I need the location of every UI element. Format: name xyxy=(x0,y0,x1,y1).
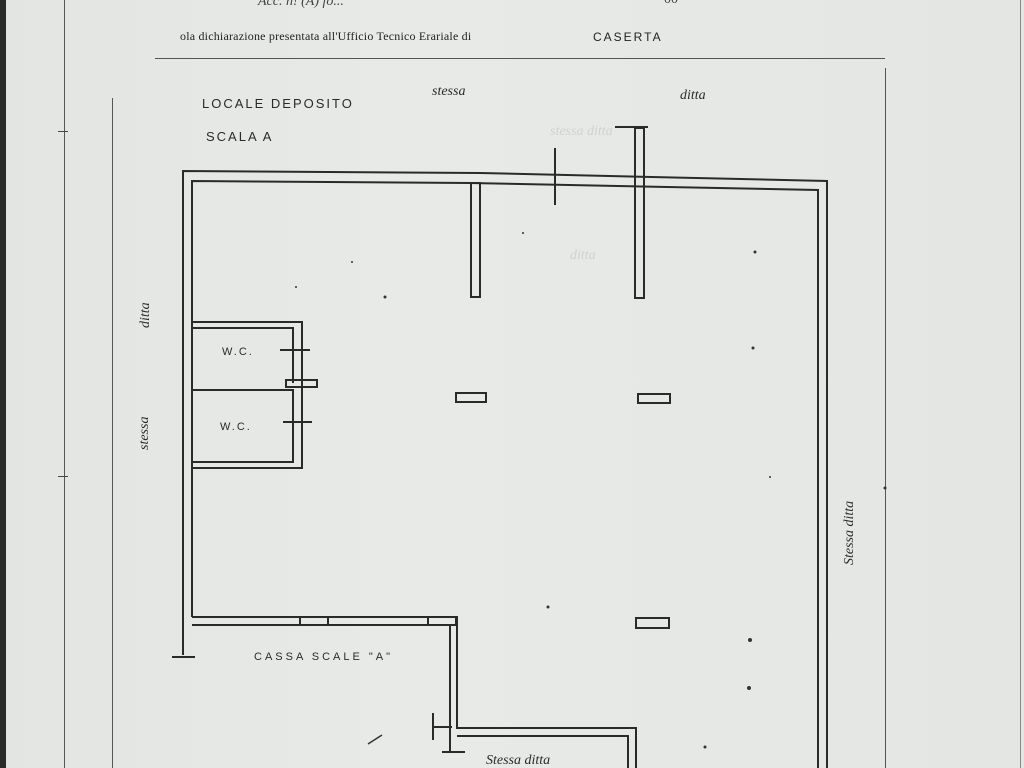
partition-wall-1 xyxy=(471,183,480,297)
wc-block-outer xyxy=(192,322,302,468)
stair-door xyxy=(300,617,328,625)
partition-wall-2 xyxy=(635,128,644,298)
room-label-stairwell: CASSA SCALE "A" xyxy=(254,651,393,663)
stair-box-inner xyxy=(192,625,450,752)
outer-wall-outer xyxy=(183,171,827,768)
room-label-wc-2: W.C. xyxy=(220,421,252,433)
room-label-wc-1: W.C. xyxy=(222,346,254,358)
scanned-floor-plan-sheet: Acc. n! (A) fo... 00 ola dichiarazione p… xyxy=(0,0,1024,768)
pillar xyxy=(636,618,669,628)
floor-plan-drawing xyxy=(0,0,1024,768)
pillar xyxy=(456,393,486,402)
outer-wall-inner xyxy=(192,181,818,768)
stair-box-outer xyxy=(192,617,636,768)
pillar xyxy=(638,394,670,403)
